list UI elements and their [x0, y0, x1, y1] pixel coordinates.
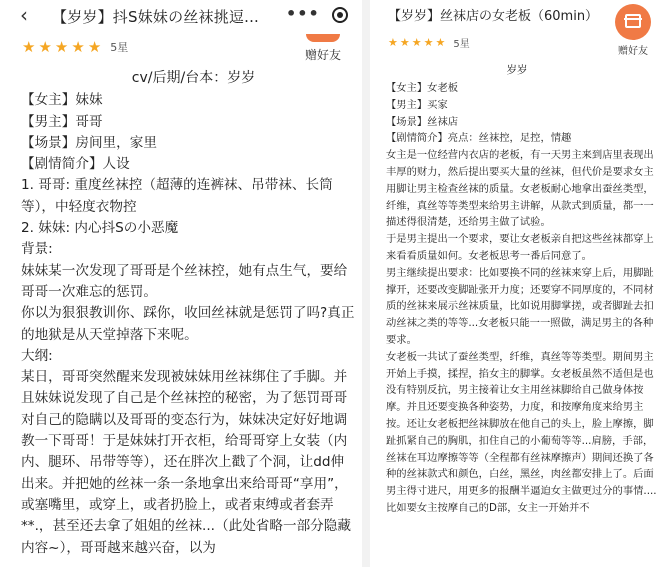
star-icon: ★: [88, 40, 101, 54]
text-line: 妹妹某一次发现了哥哥是个丝袜控，她有点生气，要给哥哥一次难忘的惩罚。: [21, 261, 356, 304]
left-screenshot-panel: ‹ 【岁岁】抖S妹妹の丝袜挑逗... ••• ★ ★ ★ ★ ★ 5星 赠好友 …: [0, 0, 362, 567]
page-title: 【岁岁】抖S妹妹の丝袜挑逗...: [52, 6, 259, 27]
text-line: 背景:: [21, 239, 356, 260]
star-icon: ★: [38, 40, 51, 54]
gift-to-friend-button[interactable]: [615, 4, 651, 40]
star-icon: ★: [424, 36, 434, 50]
text-line: 2. 妹妹: 内心抖Sの小恶魔: [21, 218, 356, 239]
credit-line: 岁岁: [370, 62, 664, 77]
rating-text: 5星: [453, 35, 469, 50]
star-icon: ★: [436, 36, 446, 50]
gift-to-friend-button[interactable]: 赠好友: [298, 30, 348, 66]
star-icon: ★: [412, 36, 422, 50]
gift-icon: [625, 14, 641, 28]
text-line: 【男主】哥哥: [21, 112, 356, 133]
text-line: 男主继续提出要求：比如要换不同的丝袜来穿上后，用脚趾撑开，还要改变脚趾张开力度；…: [386, 265, 662, 349]
rating-text: 5星: [110, 39, 128, 55]
script-description: cv/后期/台本：岁岁 【女主】妹妹 【男主】哥哥 【场景】房间里，家里 【剧情…: [21, 68, 356, 559]
credit-line: cv/后期/台本：岁岁: [21, 68, 356, 89]
text-line: 某日，哥哥突然醒来发现被妹妹用丝袜绑住了手脚。并且妹妹说发现了自己是个丝袜控的秘…: [21, 367, 356, 559]
share-label: 赠好友: [298, 46, 348, 63]
text-line: 【男主】买家: [386, 97, 662, 114]
star-icon: ★: [22, 40, 35, 54]
chevron-left-icon[interactable]: ‹: [20, 4, 28, 26]
text-line: 于是男主提出一个要求，要让女老板亲自把这些丝袜都穿上来看看质量如何。女老板思考一…: [386, 231, 662, 265]
more-dots-icon[interactable]: •••: [286, 4, 320, 23]
text-line: 【剧情简介】亮点：丝袜控，足控，情趣: [386, 130, 662, 147]
gift-icon: [306, 34, 340, 42]
rating-stars: ★ ★ ★ ★ ★ 5星: [388, 35, 470, 50]
text-line: 【女主】女老板: [386, 80, 662, 97]
text-line: 【场景】房间里，家里: [21, 133, 356, 154]
share-label[interactable]: 赠好友: [610, 42, 656, 57]
text-line: 女主是一位经营内衣店的老板，有一天男主来到店里表现出丰厚的财力，然后提出要买大量…: [386, 147, 662, 231]
target-icon[interactable]: [332, 7, 348, 23]
right-screenshot-panel: 【岁岁】丝袜店の女老板（60min） ★ ★ ★ ★ ★ 5星 赠好友 岁岁 【…: [370, 0, 664, 567]
page-title: 【岁岁】丝袜店の女老板（60min）: [388, 5, 598, 24]
text-line: 你以为狠狠教训你、踩你，收回丝袜就是惩罚了吗?真正的地狱是从天堂掉落下来呢。: [21, 303, 356, 346]
star-icon: ★: [388, 36, 398, 50]
text-line: 1. 哥哥: 重度丝袜控（超薄的连裤袜、吊带袜、长筒等），中轻度衣物控: [21, 175, 356, 218]
text-line: 大纲:: [21, 346, 356, 367]
rating-stars: ★ ★ ★ ★ ★ 5星: [22, 39, 128, 55]
text-line: 【剧情简介】人设: [21, 154, 356, 175]
mini-program-nav-bar: ‹ 【岁岁】抖S妹妹の丝袜挑逗... •••: [0, 0, 362, 32]
script-description: 【女主】女老板 【男主】买家 【场景】丝袜店 【剧情简介】亮点：丝袜控，足控，情…: [386, 80, 662, 517]
text-line: 女老板一共试了蚕丝类型，纤维，真丝等等类型。期间男主开始上手摸，揉捏，掐女主的脚…: [386, 349, 662, 517]
star-icon: ★: [400, 36, 410, 50]
text-line: 【场景】丝袜店: [386, 114, 662, 131]
star-icon: ★: [55, 40, 68, 54]
star-icon: ★: [71, 40, 84, 54]
text-line: 【女主】妹妹: [21, 90, 356, 111]
